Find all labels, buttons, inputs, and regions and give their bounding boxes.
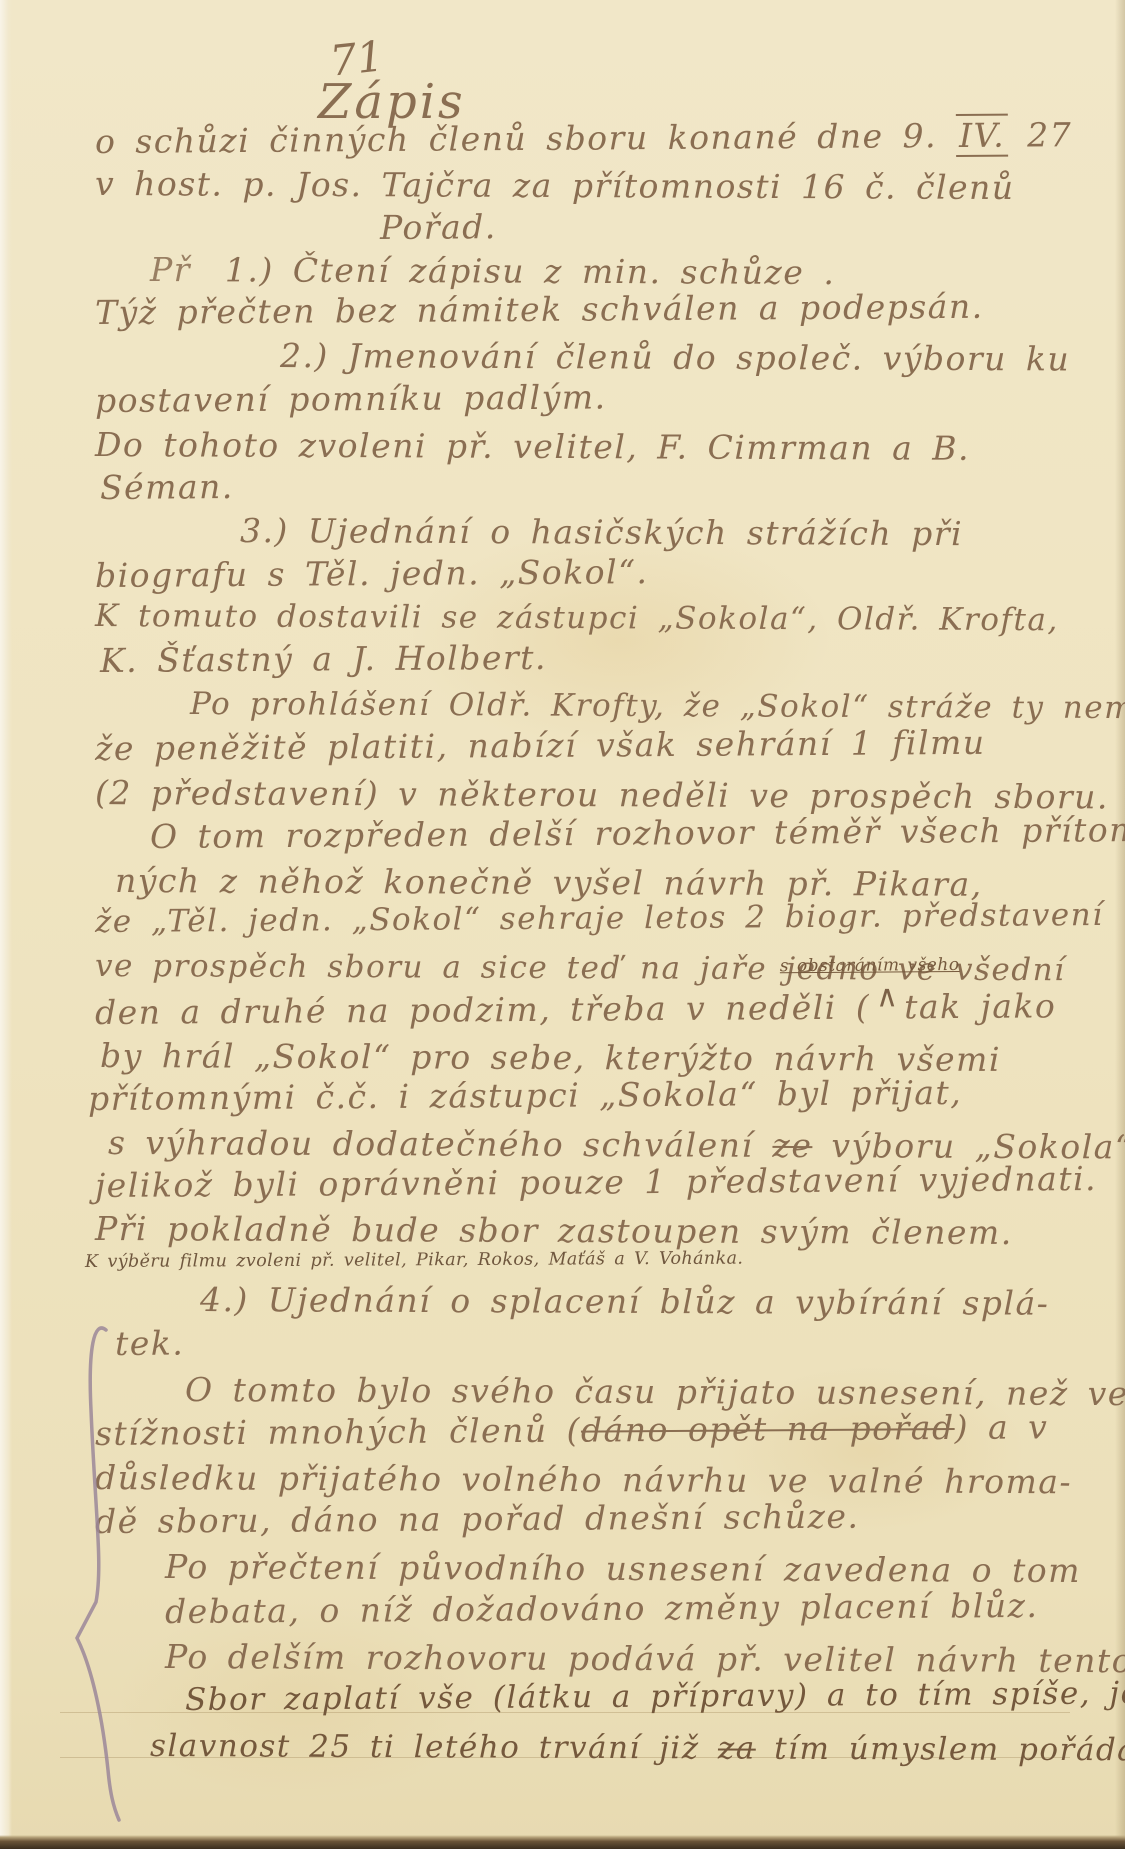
handwritten-line-with-insertion: den a druhé na podzim, třeba v neděli (∧… <box>95 984 1057 1032</box>
handwritten-line-venue: v host. p. Jos. Tajčra za přítomnosti 16… <box>95 164 1015 207</box>
handwritten-line-item4: 4.) Ujednání o splacení blůz a vybírání … <box>200 1280 1050 1323</box>
handwritten-line: důsledku přijatého volného návrhu ve val… <box>95 1458 1072 1501</box>
roman-numeral-month: IV. <box>956 114 1008 157</box>
handwritten-line: (2 představení) v některou neděli ve pro… <box>95 773 1109 816</box>
line-text: 27 <box>1008 115 1072 154</box>
line-text: o schůzi činných členů sboru konané dne … <box>95 116 956 161</box>
struck-text: za <box>718 1730 756 1766</box>
line-text: slavnost 25 ti letého trvání již <box>150 1728 718 1766</box>
handwritten-line: O tomto bylo svého času přijato usnesení… <box>185 1370 1125 1413</box>
caret-mark: ∧ <box>876 979 900 1014</box>
struck-text: dáno opět na pořad <box>581 1408 955 1450</box>
paper-bottom-edge <box>0 1835 1125 1849</box>
handwritten-line: Sbor zaplatí vše (látku a přípravy) a to… <box>185 1675 1125 1718</box>
handwritten-line: by hrál „Sokol“ pro sebe, kterýžto návrh… <box>100 1036 1001 1079</box>
line-text: tím úmyslem pořádána <box>756 1731 1125 1769</box>
line-text: ) a v <box>954 1407 1048 1447</box>
handwritten-line: Séman. <box>100 467 234 507</box>
paper-right-edge <box>1115 0 1125 1849</box>
handwritten-line: Po prohlášení Oldř. Krofty, že „Sokol“ s… <box>190 686 1125 726</box>
handwritten-line: biografu s Těl. jedn. „Sokol“. <box>95 552 649 595</box>
handwritten-line: Po přečtení původního usnesení zavedena … <box>165 1547 1081 1590</box>
handwritten-line-date: o schůzi činných členů sboru konané dne … <box>95 115 1072 161</box>
handwritten-line: Týž přečten bez námitek schválen a podep… <box>95 287 984 332</box>
line-text: tak jako <box>904 986 1056 1026</box>
insertion-point: ∧s obstaráním všeho <box>870 985 904 1018</box>
agenda-heading: Pořad. <box>380 207 497 247</box>
handwritten-line: jelikož byli oprávněni pouze 1 představe… <box>95 1159 1097 1205</box>
interlinear-note: K výběru filmu zvoleni př. velitel, Pika… <box>85 1249 743 1272</box>
handwritten-line-with-strikeout: stížnosti mnohých členů (dáno opět na po… <box>95 1407 1049 1453</box>
line-text: stížnosti mnohých členů ( <box>95 1411 581 1453</box>
false-start-mark: Př <box>150 250 191 289</box>
handwritten-line: K. Šťastný a J. Holbert. <box>100 638 547 680</box>
handwritten-line: postavení pomníku padlým. <box>95 377 607 420</box>
handwritten-line: že peněžitě platiti, nabízí však sehrání… <box>95 723 986 768</box>
handwritten-line: Po delším rozhovoru podává př. velitel n… <box>165 1637 1125 1680</box>
handwritten-line: O tom rozpředen delší rozhovor téměř vše… <box>150 810 1125 856</box>
interlinear-insertion: s obstaráním všeho <box>780 955 960 976</box>
line-text: den a druhé na podzim, třeba v neděli ( <box>95 988 870 1032</box>
handwritten-line: debata, o níž dožadováno změny placení b… <box>165 1586 1039 1631</box>
handwritten-line: přítomnými č.č. i zástupci „Sokola“ byl … <box>88 1073 962 1118</box>
struck-text: ze <box>772 1126 812 1165</box>
handwritten-line-item2: 2.) Jmenování členů do společ. výboru ku <box>280 336 1070 378</box>
handwritten-line: dě sboru, dáno na pořad dnešní schůze. <box>95 1497 860 1541</box>
handwritten-line: ných z něhož konečně vyšel návrh př. Pik… <box>115 861 983 904</box>
handwritten-line: Do tohoto zvoleni př. velitel, F. Cimrma… <box>95 425 970 468</box>
handwritten-line-item1: Př1.) Čtení zápisu z min. schůze . <box>150 250 836 292</box>
handwritten-line: že „Těl. jedn. „Sokol“ sehraje letos 2 b… <box>95 897 1104 940</box>
handwritten-line: Při pokladně bude sbor zastoupen svým čl… <box>95 1209 1013 1252</box>
handwritten-line-with-strikeout: slavnost 25 ti letého trvání již za tím … <box>150 1728 1125 1768</box>
paper-left-edge <box>0 0 12 1849</box>
handwritten-line: tek. <box>115 1324 185 1363</box>
handwritten-line-item3: 3.) Ujednání o hasičských strážích při <box>240 511 963 553</box>
handwritten-line: K tomuto dostavili se zástupci „Sokola“,… <box>95 598 1059 638</box>
line-text: s výhradou dodatečného schválení <box>108 1123 773 1165</box>
line-text: 1.) Čtení zápisu z min. schůze . <box>225 250 836 292</box>
